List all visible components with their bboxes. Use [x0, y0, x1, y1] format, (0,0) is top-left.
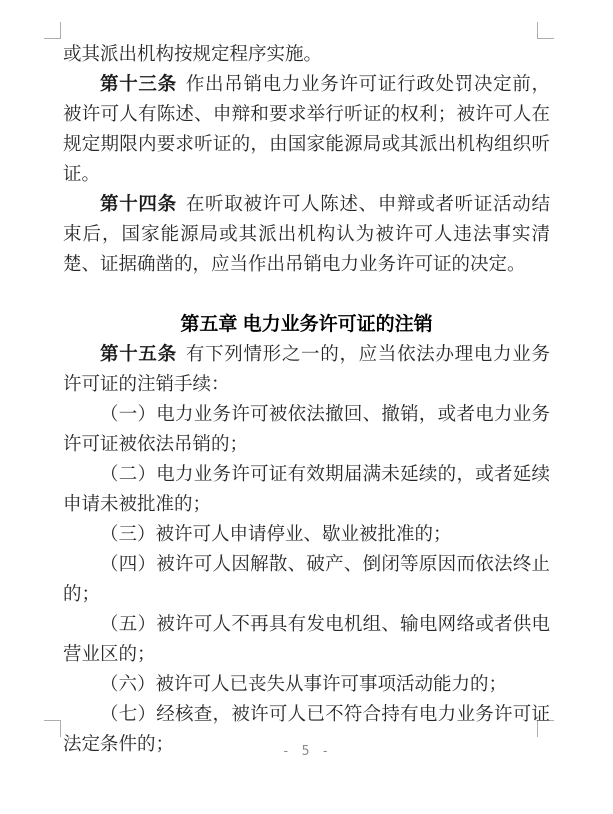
list-item-3: （三）被许可人申请停业、歇业被批准的； — [63, 520, 550, 550]
list-item-5: （五）被许可人不再具有发电机组、输电网络或者供电营业区的； — [63, 610, 550, 670]
crop-mark-top-right-icon — [537, 22, 554, 39]
body-paragraph-continuation: 或其派出机构按规定程序实施。 — [63, 40, 550, 70]
article-13-label: 第十三条 — [100, 75, 177, 95]
page-number: - 5 - — [0, 742, 613, 762]
list-item-4: （四）被许可人因解散、破产、倒闭等原因而依法终止的； — [63, 550, 550, 610]
list-item-6: （六）被许可人已丧失从事许可事项活动能力的； — [63, 670, 550, 700]
chapter-heading: 第五章 电力业务许可证的注销 — [63, 310, 550, 340]
document-page: 或其派出机构按规定程序实施。 第十三条作出吊销电力业务许可证行政处罚决定前，被许… — [0, 0, 613, 814]
article-14-paragraph: 第十四条在听取被许可人陈述、申辩或者听证活动结束后，国家能源局或其派出机构认为被… — [63, 190, 550, 280]
article-13-paragraph: 第十三条作出吊销电力业务许可证行政处罚决定前，被许可人有陈述、申辩和要求举行听证… — [63, 70, 550, 190]
list-item-1: （一）电力业务许可被依法撤回、撤销，或者电力业务许可证被依法吊销的； — [63, 400, 550, 460]
article-15-label: 第十五条 — [100, 345, 177, 365]
crop-mark-top-left-icon — [44, 22, 61, 39]
article-14-label: 第十四条 — [100, 195, 177, 215]
crop-mark-bottom-left-icon — [44, 720, 61, 737]
document-body: 或其派出机构按规定程序实施。 第十三条作出吊销电力业务许可证行政处罚决定前，被许… — [63, 40, 550, 760]
list-item-2: （二）电力业务许可证有效期届满未延续的，或者延续申请未被批准的； — [63, 460, 550, 520]
article-15-paragraph: 第十五条有下列情形之一的，应当依法办理电力业务许可证的注销手续： — [63, 340, 550, 400]
